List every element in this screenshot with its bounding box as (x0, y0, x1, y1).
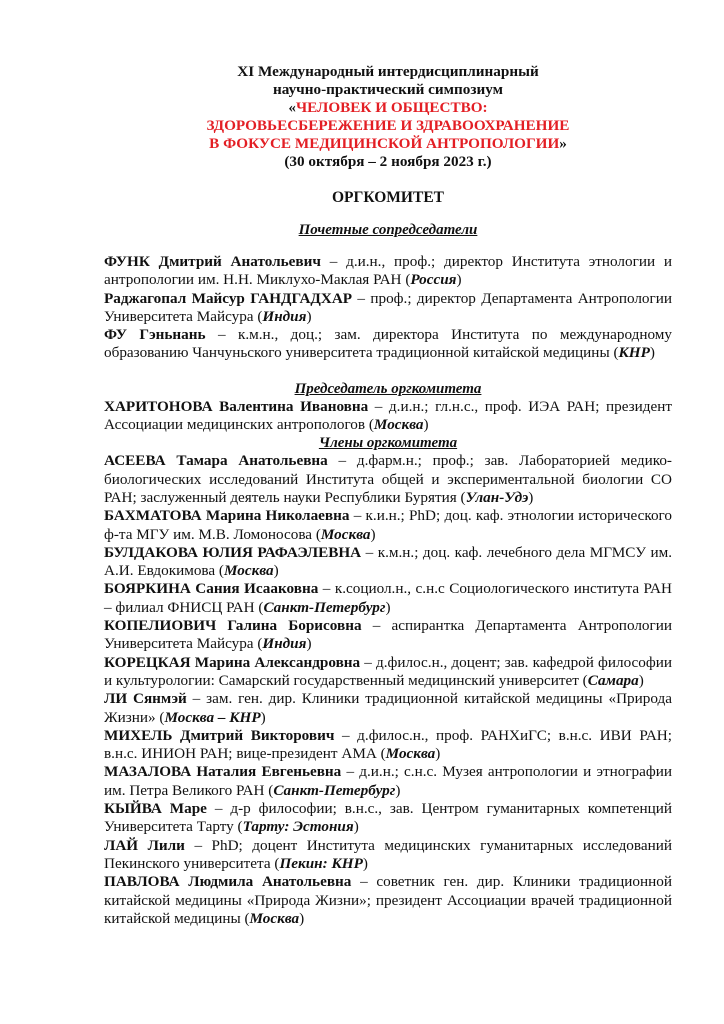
section-heading: Почетные сопредседатели (104, 221, 672, 239)
member-name: МИХЕЛЬ Дмитрий Викторович (104, 727, 334, 744)
member-location: Москва (386, 745, 436, 762)
member-name: ФУ Гэньнань (104, 326, 206, 343)
committee-member: БУЛДАКОВА ЮЛИЯ РАФАЭЛЕВНА – к.м.н.; доц.… (104, 544, 672, 581)
member-location: Санкт-Петербург (263, 599, 385, 616)
symposium-header: XI Международный интердисциплинарный нау… (104, 63, 672, 171)
member-location: Индия (262, 635, 306, 652)
member-location: Москва (224, 562, 274, 579)
member-name: ХАРИТОНОВА Валентина Ивановна (104, 398, 368, 415)
symposium-title-line-3: В ФОКУСЕ МЕДИЦИНСКОЙ АНТРОПОЛОГИИ» (104, 135, 672, 153)
member-name: КЫЙВА Маре (104, 800, 207, 817)
committee-member: АСЕЕВА Тамара Анатольевна – д.фарм.н.; п… (104, 452, 672, 507)
committee-member: ПАВЛОВА Людмила Анатольевна – советник г… (104, 873, 672, 928)
member-name: Раджагопал Майсур ГАНДГАДХАР (104, 290, 352, 307)
member-location: Санкт-Петербург (273, 782, 395, 799)
document-page: XI Международный интердисциплинарный нау… (104, 63, 672, 928)
committee-member: ХАРИТОНОВА Валентина Ивановна – д.и.н.; … (104, 398, 672, 435)
member-name: ЛИ Сянмэй (104, 690, 187, 707)
member-name: ПАВЛОВА Людмила Анатольевна (104, 873, 351, 890)
committee-member: Раджагопал Майсур ГАНДГАДХАР – проф.; ди… (104, 290, 672, 327)
committee-member: ЛИ Сянмэй – зам. ген. дир. Клиники тради… (104, 690, 672, 727)
header-line-1: XI Международный интердисциплинарный (104, 63, 672, 81)
committee-member: БОЯРКИНА Сания Исааковна – к.социол.н., … (104, 580, 672, 617)
section-heading: Председатель оргкомитета (104, 380, 672, 398)
member-location: Россия (410, 271, 456, 288)
member-location: Улан-Удэ (466, 489, 529, 506)
member-location: Самара (588, 672, 639, 689)
member-name: ФУНК Дмитрий Анатольевич (104, 253, 321, 270)
symposium-title-line-1: «ЧЕЛОВЕК И ОБЩЕСТВО: (104, 99, 672, 117)
member-name: БУЛДАКОВА ЮЛИЯ РАФАЭЛЕВНА (104, 544, 361, 561)
member-location: Пекин: КНР (279, 855, 362, 872)
committee-member: ФУНК Дмитрий Анатольевич – д.и.н., проф.… (104, 253, 672, 290)
header-line-2: научно-практический симпозиум (104, 81, 672, 99)
member-name: КОРЕЦКАЯ Марина Александровна (104, 654, 360, 671)
member-location: Москва (250, 910, 300, 927)
section-heading: Члены оргкомитета (104, 434, 672, 452)
member-name: МАЗАЛОВА Наталия Евгеньевна (104, 763, 341, 780)
committee-member: МИХЕЛЬ Дмитрий Викторович – д.филос.н., … (104, 727, 672, 764)
symposium-dates: (30 октября – 2 ноября 2023 г.) (104, 153, 672, 171)
member-name: БАХМАТОВА Марина Николаевна (104, 507, 349, 524)
committee-member: БАХМАТОВА Марина Николаевна – к.и.н.; Ph… (104, 507, 672, 544)
member-name: КОПЕЛИОВИЧ Галина Борисовна (104, 617, 362, 634)
member-location: Москва – КНР (164, 709, 260, 726)
member-name: АСЕЕВА Тамара Анатольевна (104, 452, 328, 469)
committee-title: ОРГКОМИТЕТ (104, 189, 672, 207)
member-location: Тарту: Эстония (243, 818, 354, 835)
committee-member: КОПЕЛИОВИЧ Галина Борисовна – аспирантка… (104, 617, 672, 654)
committee-sections: Почетные сопредседателиФУНК Дмитрий Анат… (104, 207, 672, 928)
committee-member: КОРЕЦКАЯ Марина Александровна – д.филос.… (104, 654, 672, 691)
committee-member: ФУ Гэньнань – к.м.н., доц.; зам. директо… (104, 326, 672, 363)
committee-member: МАЗАЛОВА Наталия Евгеньевна – д.и.н.; с.… (104, 763, 672, 800)
member-description: – PhD; доцент Института медицинских гума… (104, 837, 672, 872)
committee-member: КЫЙВА Маре – д-р философии; в.н.с., зав.… (104, 800, 672, 837)
symposium-title-line-2: ЗДОРОВЬЕСБЕРЕЖЕНИЕ И ЗДРАВООХРАНЕНИЕ (104, 117, 672, 135)
member-location: КНР (619, 344, 650, 361)
member-name: БОЯРКИНА Сания Исааковна (104, 580, 318, 597)
member-location: Индия (262, 308, 306, 325)
member-name: ЛАЙ Лили (104, 837, 185, 854)
committee-member: ЛАЙ Лили – PhD; доцент Института медицин… (104, 837, 672, 874)
member-location: Москва (321, 526, 371, 543)
member-location: Москва (374, 416, 424, 433)
